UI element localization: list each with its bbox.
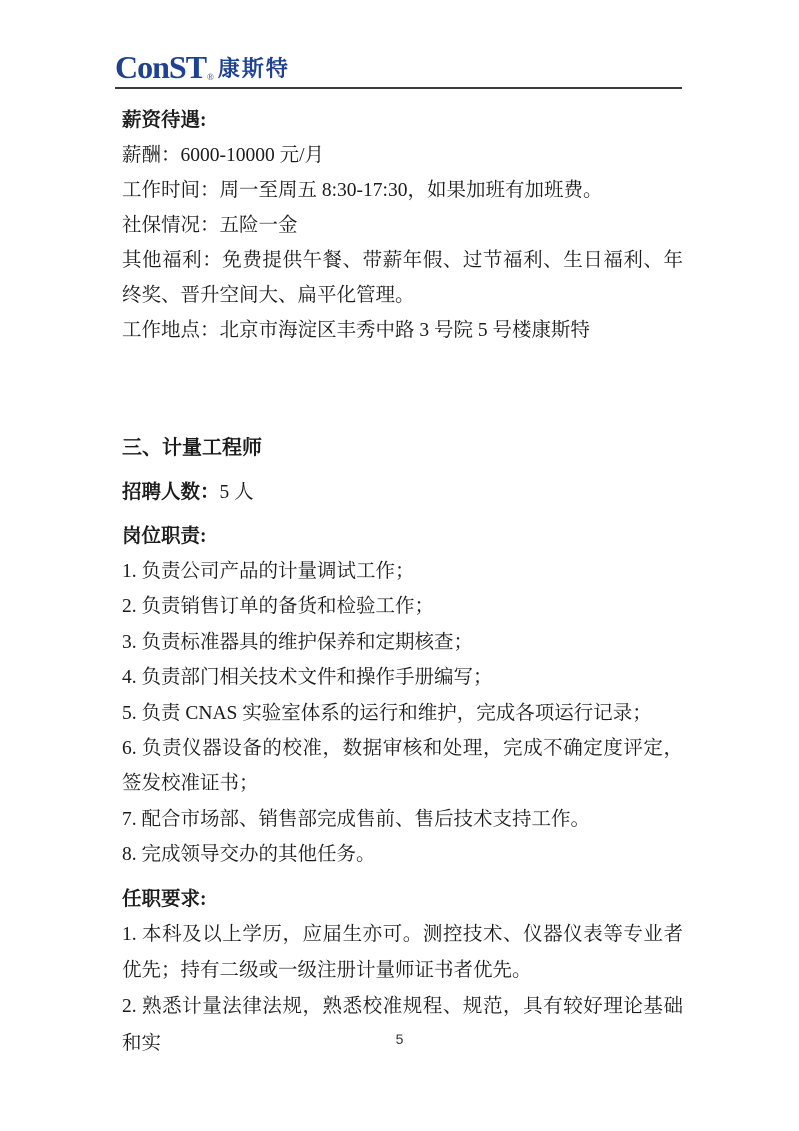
benefits-line: 其他福利：免费提供午餐、带薪年假、过节福利、生日福利、年终奖、晋升空间大、扁平化… xyxy=(122,243,683,313)
headcount-value: 5 人 xyxy=(220,482,254,503)
logo-chinese-name: 康斯特 xyxy=(218,56,290,82)
social-insurance-line: 社保情况：五险一金 xyxy=(122,208,683,243)
page-header: ConST ® 康斯特 xyxy=(115,46,682,89)
duty-item: 2. 负责销售订单的备货和检验工作； xyxy=(122,589,683,624)
duty-item: 6. 负责仪器设备的校准，数据审核和处理，完成不确定度评定，签发校准证书； xyxy=(122,731,683,802)
salary-line: 薪酬：6000-10000 元/月 xyxy=(122,138,683,173)
requirement-item: 2. 熟悉计量法律法规，熟悉校准规程、规范，具有较好理论基础和实 xyxy=(122,989,683,1062)
header-divider xyxy=(115,87,682,89)
work-hours-line: 工作时间：周一至周五 8:30-17:30，如果加班有加班费。 xyxy=(122,173,683,208)
registered-trademark-icon: ® xyxy=(207,72,214,82)
salary-section: 薪资待遇: 薪酬：6000-10000 元/月 工作时间：周一至周五 8:30-… xyxy=(122,103,683,348)
headcount-label: 招聘人数： xyxy=(122,482,220,503)
page-number: 5 xyxy=(0,1031,799,1047)
duties-list: 1. 负责公司产品的计量调试工作； 2. 负责销售订单的备货和检验工作； 3. … xyxy=(122,554,683,873)
position-title: 三、计量工程师 xyxy=(122,431,683,466)
work-location-line: 工作地点：北京市海淀区丰秀中路 3 号院 5 号楼康斯特 xyxy=(122,313,683,348)
duty-item: 4. 负责部门相关技术文件和操作手册编写； xyxy=(122,660,683,695)
position-section: 三、计量工程师 招聘人数：5 人 岗位职责: 1. 负责公司产品的计量调试工作；… xyxy=(122,431,683,1062)
document-page: ConST ® 康斯特 薪资待遇: 薪酬：6000-10000 元/月 工作时间… xyxy=(0,0,799,1131)
logo-wordmark: ConST xyxy=(115,50,206,84)
duty-item: 3. 负责标准器具的维护保养和定期核查； xyxy=(122,625,683,660)
headcount-line: 招聘人数：5 人 xyxy=(122,475,683,510)
requirement-item: 1. 本科及以上学历，应届生亦可。测控技术、仪器仪表等专业者优先；持有二级或一级… xyxy=(122,917,683,990)
salary-section-heading: 薪资待遇: xyxy=(122,103,683,138)
duties-heading: 岗位职责: xyxy=(122,519,683,554)
duty-item: 5. 负责 CNAS 实验室体系的运行和维护，完成各项运行记录； xyxy=(122,696,683,731)
requirements-heading: 任职要求: xyxy=(122,882,683,917)
company-logo: ConST ® 康斯特 xyxy=(115,46,682,84)
duty-item: 7. 配合市场部、销售部完成售前、售后技术支持工作。 xyxy=(122,802,683,837)
duty-item: 1. 负责公司产品的计量调试工作； xyxy=(122,554,683,589)
duty-item: 8. 完成领导交办的其他任务。 xyxy=(122,837,683,872)
